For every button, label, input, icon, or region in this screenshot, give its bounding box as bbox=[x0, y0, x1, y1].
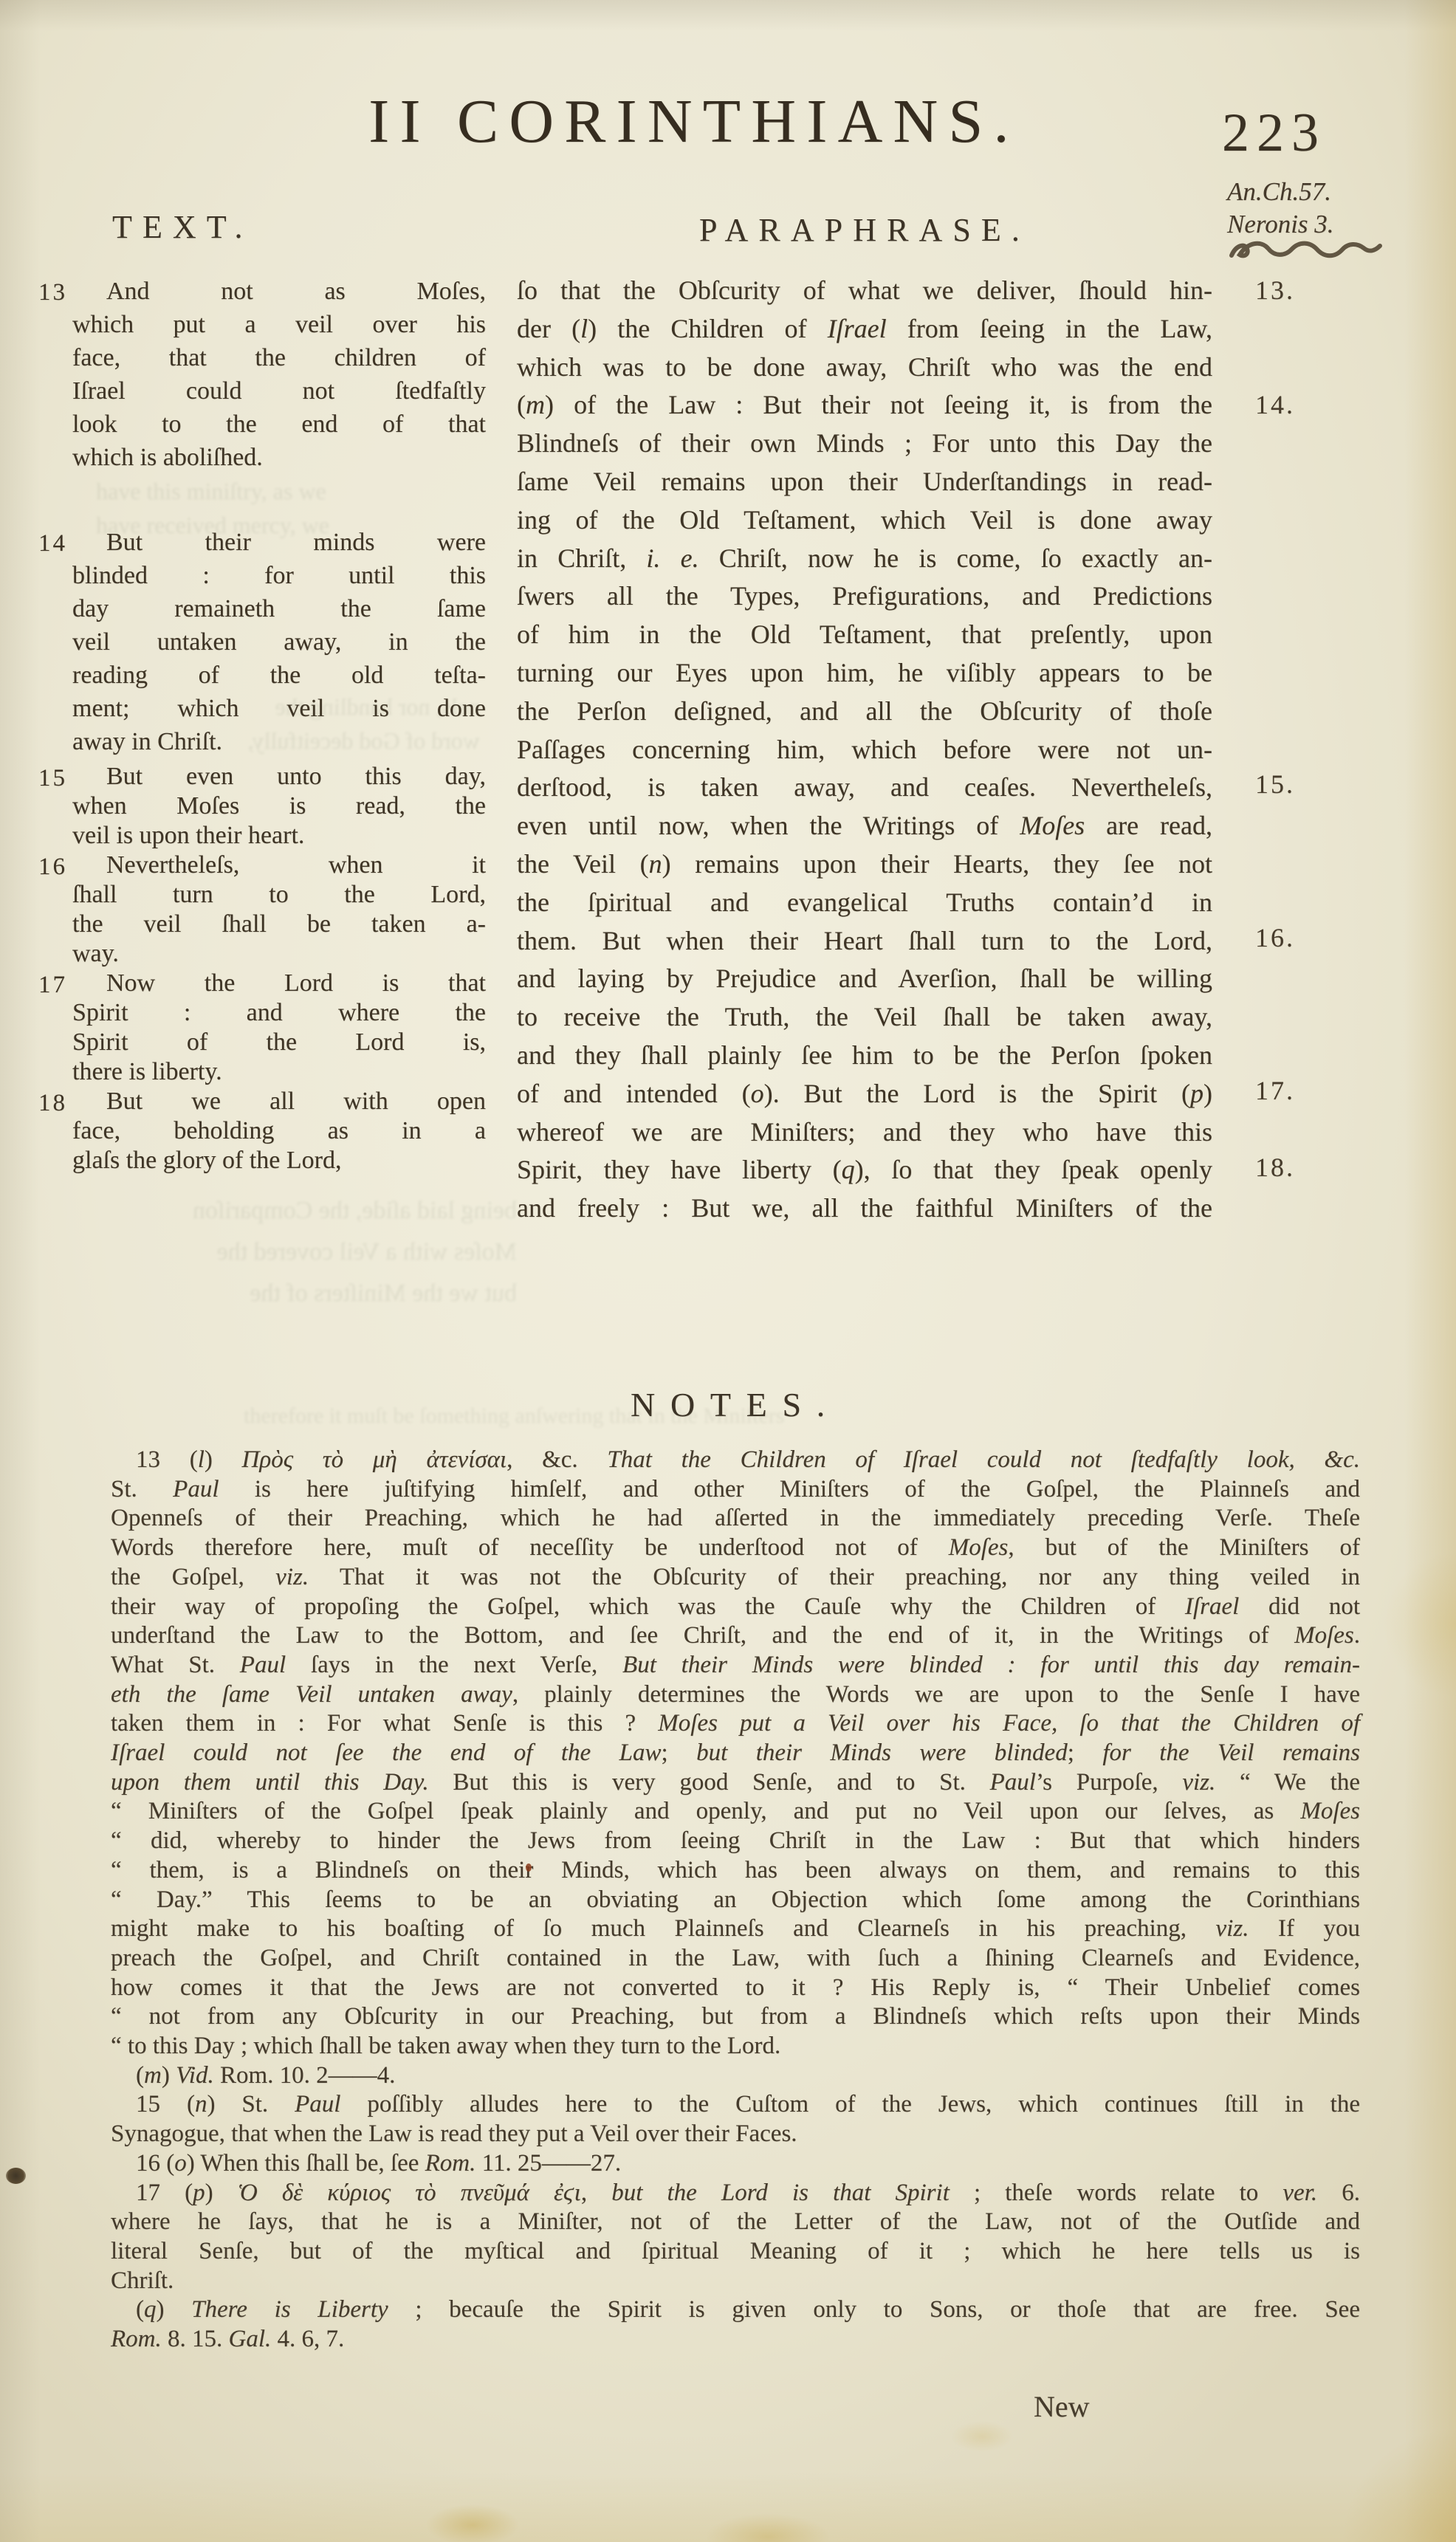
margin-verse-number-17: 17. bbox=[1255, 1075, 1295, 1106]
verse-number: 18 bbox=[38, 1088, 67, 1118]
paraphrase-line: turning our Eyes upon him, he viſibly ap… bbox=[517, 654, 1212, 693]
note-line: upon them until this Day. But this is ve… bbox=[111, 1768, 1360, 1798]
note-line: underſtand the Law to the Bottom, and ſe… bbox=[111, 1621, 1360, 1651]
verse-line: away in Chriſt. bbox=[72, 725, 486, 758]
paraphrase-line: to receive the Truth, the Veil ſhall be … bbox=[517, 998, 1212, 1037]
verse-line: when Moſes is read, the bbox=[72, 791, 486, 821]
paper-fleck bbox=[526, 1863, 532, 1872]
margin-verse-number-14: 14. bbox=[1255, 389, 1295, 420]
verse-line: And not as Moſes, bbox=[72, 275, 486, 308]
verse-line: there is liberty. bbox=[72, 1057, 486, 1087]
verse-number: 17 bbox=[38, 970, 67, 1000]
note-line: “ to this Day ; which ſhall be taken awa… bbox=[111, 2032, 1360, 2061]
paraphrase-line: Paſſages concerning him, which before we… bbox=[517, 731, 1212, 769]
verse-line: Spirit of the Lord is, bbox=[72, 1028, 486, 1057]
ornament-squiggle-icon bbox=[1224, 236, 1394, 269]
verse-line: ment; which veil is done bbox=[72, 692, 486, 725]
paraphrase-line: ſame Veil remains upon their Underſtandi… bbox=[517, 463, 1212, 501]
paraphrase-line: the Perſon deſigned, and all the Obſcuri… bbox=[517, 693, 1212, 731]
verse-line: Nevertheleſs, when it bbox=[72, 851, 486, 880]
note-line: literal Senſe, but of the myſtical and ſ… bbox=[111, 2237, 1360, 2267]
note-line: “ did, whereby to hinder the Jews from ſ… bbox=[111, 1827, 1360, 1856]
verse-17: 17Now the Lord is thatSpirit : and where… bbox=[72, 969, 486, 1087]
note-line: (q) There is Liberty ; becauſe the Spiri… bbox=[111, 2295, 1360, 2325]
note-line: “ not from any Obſcurity in our Preachin… bbox=[111, 2002, 1360, 2032]
paraphrase-line: of and intended (o). But the Lord is the… bbox=[517, 1075, 1212, 1113]
paraphrase-column: ſo that the Obſcurity of what we deliver… bbox=[517, 272, 1212, 1228]
verse-line: day remaineth the ſame bbox=[72, 592, 486, 625]
paraphrase-line: the ſpiritual and evangelical Truths con… bbox=[517, 884, 1212, 922]
verse-16: 16Nevertheleſs, when itſhall turn to the… bbox=[72, 851, 486, 969]
note-line: where he ſays, that he is a Miniſter, no… bbox=[111, 2208, 1360, 2237]
verse-line: Iſrael could not ſtedfaſtly bbox=[72, 374, 486, 408]
verse-line: way. bbox=[72, 939, 486, 969]
verse-line: Spirit : and where the bbox=[72, 998, 486, 1028]
verse-line: face, beholding as in a bbox=[72, 1116, 486, 1146]
note-line: Synagogue, that when the Law is read the… bbox=[111, 2120, 1360, 2149]
page-number: 223 bbox=[1222, 102, 1370, 165]
notes-heading: NOTES. bbox=[111, 1385, 1360, 1424]
margin-verse-number-13: 13. bbox=[1255, 275, 1295, 306]
verse-number: 13 bbox=[38, 276, 67, 309]
paraphrase-line: whereof we are Miniſters; and they who h… bbox=[517, 1113, 1212, 1152]
paraphrase-line: the Veil (n) remains upon their Hearts, … bbox=[517, 845, 1212, 884]
note-line: 13 (l) Πρὸς τὸ μὴ ἀτενίσαι, &c. That the… bbox=[111, 1446, 1360, 1475]
paraphrase-line: ing of the Old Teſtament, which Veil is … bbox=[517, 501, 1212, 540]
note-line: 17 (p) Ὁ δὲ κύριος τὸ πνεῦμά ἐϛι, but th… bbox=[111, 2179, 1360, 2208]
show-through-text: being laid aſide, the CompariſonMoſes wi… bbox=[74, 1190, 517, 1314]
book-page: II CORINTHIANS. 223 An.Ch.57. Neronis 3.… bbox=[0, 0, 1456, 2542]
verse-line: reading of the old teſta- bbox=[72, 659, 486, 692]
verse-line: blinded : for until this bbox=[72, 559, 486, 592]
paraphrase-line: and they ſhall plainly ſee him to be the… bbox=[517, 1037, 1212, 1075]
verse-number: 15 bbox=[38, 763, 67, 793]
paraphrase-line: Spirit, they have liberty (q), ſo that t… bbox=[517, 1151, 1212, 1189]
verse-line: veil is upon their heart. bbox=[72, 821, 486, 851]
paraphrase-line: and freely : But we, all the faithful Mi… bbox=[517, 1189, 1212, 1228]
note-line: “ Day.” This ſeems to be an obviating an… bbox=[111, 1886, 1360, 1915]
paraphrase-line: ſwers all the Types, Prefigurations, and… bbox=[517, 577, 1212, 616]
note-line: “ them, is a Blindneſs on their Minds, w… bbox=[111, 1856, 1360, 1886]
catchword: New bbox=[1034, 2389, 1090, 2424]
paraphrase-line: which was to be done away, Chriſt who wa… bbox=[517, 348, 1212, 387]
margin-verse-number-16: 16. bbox=[1255, 922, 1295, 953]
note-line: the Goſpel, viz. That it was not the Obſ… bbox=[111, 1563, 1360, 1593]
paraphrase-line: them. But when their Heart ſhall turn to… bbox=[517, 922, 1212, 961]
note-line: St. Paul is here juſtifying himſelf, and… bbox=[111, 1475, 1360, 1505]
notes-section: 13 (l) Πρὸς τὸ μὴ ἀτενίσαι, &c. That the… bbox=[111, 1446, 1360, 2354]
show-through-line: being laid aſide, the Compariſon bbox=[74, 1190, 517, 1232]
verse-number: 14 bbox=[38, 527, 67, 560]
text-column-header: TEXT. bbox=[112, 208, 253, 246]
verse-line: which put a veil over his bbox=[72, 308, 486, 341]
text-column: 13And not as Moſes,which put a veil over… bbox=[72, 275, 486, 1175]
note-line: Iſrael could not ſee the end of the Law;… bbox=[111, 1739, 1360, 1768]
verse-line: the veil ſhall be taken a- bbox=[72, 910, 486, 939]
verse-line: look to the end of that bbox=[72, 408, 486, 441]
show-through-line: but we the Miniſters of the bbox=[74, 1273, 517, 1314]
verse-line: Now the Lord is that bbox=[72, 969, 486, 998]
paraphrase-line: Blindneſs of their own Minds ; For unto … bbox=[517, 425, 1212, 463]
page-title: II CORINTHIANS. bbox=[222, 86, 1167, 157]
verse-18: 18But we all with openface, beholding as… bbox=[72, 1087, 486, 1175]
verse-line: face, that the children of bbox=[72, 341, 486, 374]
verse-number: 16 bbox=[38, 852, 67, 882]
note-line: What St. Paul ſays in the next Verſe, Bu… bbox=[111, 1651, 1360, 1680]
note-line: 15 (n) St. Paul poſſibly alludes here to… bbox=[111, 2090, 1360, 2120]
note-line: preach the Goſpel, and Chriſt contained … bbox=[111, 1944, 1360, 1974]
note-line: “ Miniſters of the Goſpel ſpeak plainly … bbox=[111, 1797, 1360, 1827]
note-line: Chriſt. bbox=[111, 2267, 1360, 2296]
verse-line: But even unto this day, bbox=[72, 762, 486, 791]
note-line: taken them in : For what Senſe is this ?… bbox=[111, 1709, 1360, 1739]
verse-line: veil untaken away, in the bbox=[72, 625, 486, 659]
margin-year-anno-christi: An.Ch.57. bbox=[1227, 177, 1331, 207]
ink-blot bbox=[6, 2168, 26, 2184]
paraphrase-column-header: PARAPHRASE. bbox=[517, 211, 1212, 249]
margin-year-neronis: Neronis 3. bbox=[1227, 210, 1334, 239]
note-line: Rom. 8. 15. Gal. 4. 6, 7. bbox=[111, 2325, 1360, 2354]
verse-14: 14But their minds wereblinded : for unti… bbox=[72, 526, 486, 758]
show-through-line: Moſes with a Veil covered the bbox=[74, 1232, 517, 1273]
paraphrase-line: even until now, when the Writings of Moſ… bbox=[517, 807, 1212, 845]
note-line: how comes it that the Jews are not conve… bbox=[111, 1974, 1360, 2003]
verse-line: But their minds were bbox=[72, 526, 486, 559]
verse-line: ſhall turn to the Lord, bbox=[72, 880, 486, 910]
note-line: eth the ſame Veil untaken away, plainly … bbox=[111, 1680, 1360, 1710]
paraphrase-line: der (l) the Children of Iſrael from ſeei… bbox=[517, 310, 1212, 348]
note-line: might make to his boaſting of ſo much Pl… bbox=[111, 1914, 1360, 1944]
verse-15: 15But even unto this day,when Moſes is r… bbox=[72, 762, 486, 851]
paraphrase-line: of him in the Old Teſtament, that preſen… bbox=[517, 616, 1212, 654]
verse-13: 13And not as Moſes,which put a veil over… bbox=[72, 275, 486, 474]
margin-verse-number-15: 15. bbox=[1255, 769, 1295, 800]
paraphrase-line: and laying by Prejudice and Averſion, ſh… bbox=[517, 960, 1212, 998]
note-line: their way of propoſing the Goſpel, which… bbox=[111, 1593, 1360, 1622]
verse-line: which is aboliſhed. bbox=[72, 441, 486, 474]
verse-line: But we all with open bbox=[72, 1087, 486, 1116]
note-line: (m) Vid. Rom. 10. 2——4. bbox=[111, 2061, 1360, 2091]
paraphrase-line: ſo that the Obſcurity of what we deliver… bbox=[517, 272, 1212, 310]
note-line: Words therefore here, muſt of neceſſity … bbox=[111, 1533, 1360, 1563]
margin-verse-number-18: 18. bbox=[1255, 1152, 1295, 1183]
note-line: 16 (o) When this ſhall be, ſee Rom. 11. … bbox=[111, 2149, 1360, 2179]
paraphrase-line: derſtood, is taken away, and ceaſes. Nev… bbox=[517, 769, 1212, 807]
note-line: Openneſs of their Preaching, which he ha… bbox=[111, 1504, 1360, 1533]
verse-line: glaſs the glory of the Lord, bbox=[72, 1146, 486, 1175]
paraphrase-line: in Chriſt, i. e. Chriſt, now he is come,… bbox=[517, 540, 1212, 578]
paraphrase-line: (m) of the Law : But their not ſeeing it… bbox=[517, 386, 1212, 425]
